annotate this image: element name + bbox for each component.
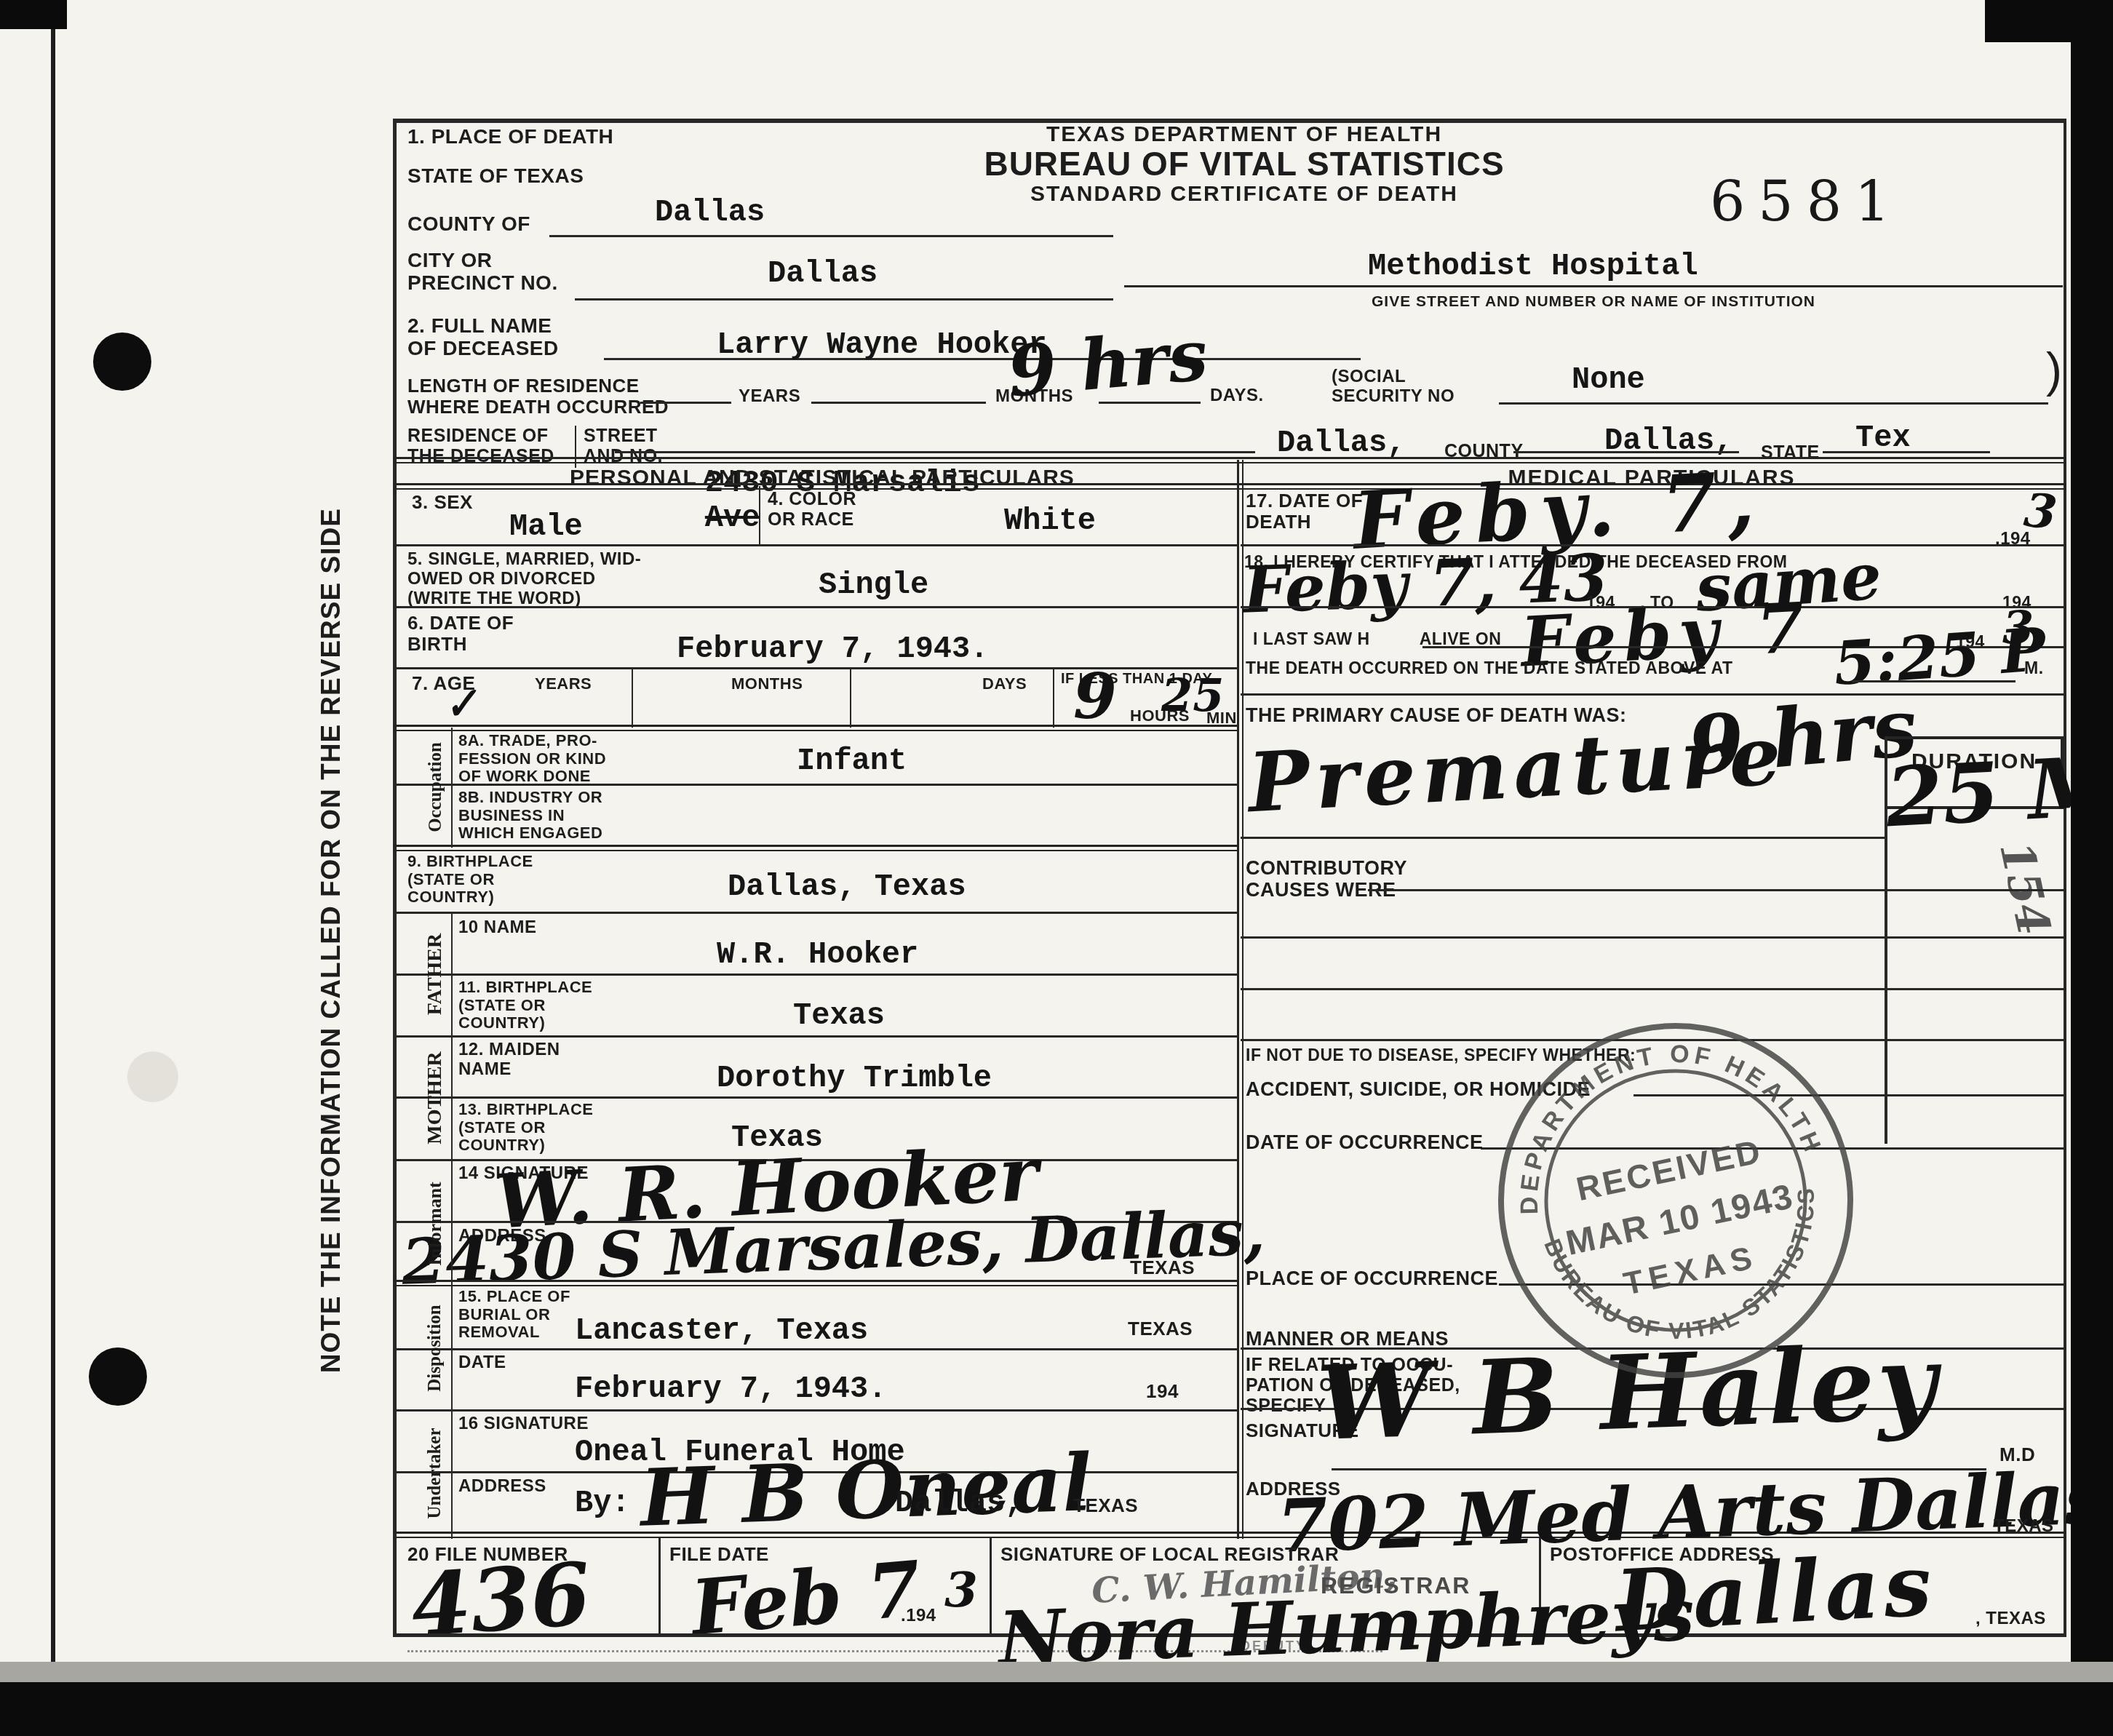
city-value: Dallas: [768, 256, 878, 291]
occurred-m-label: M.: [2024, 659, 2044, 678]
residence-underline-1: [615, 451, 1255, 453]
mother-birthplace-label: 13. BIRTHPLACE (STATE OR COUNTRY): [458, 1101, 593, 1155]
place-occurrence-label: PLACE OF OCCURRENCE: [1246, 1267, 1498, 1289]
row-line-1165: [393, 845, 1239, 851]
occurred-label: THE DEATH OCCURRED ON THE DATE STATED AB…: [1246, 659, 1733, 678]
marital-label: 5. SINGLE, MARRIED, WID- OWED OR DIVORCE…: [407, 550, 641, 609]
burial-label: 15. PLACE OF BURIAL OR REMOVAL: [458, 1288, 570, 1342]
file-date-value: Feb 7: [688, 1550, 923, 1646]
page-edge-line: [51, 20, 55, 1666]
dept-header-line3: STANDARD CERTIFICATE OF DEATH: [859, 182, 1630, 207]
age-years-label: YEARS: [535, 675, 592, 693]
date-of-death-label: 17. DATE OF DEATH: [1246, 490, 1363, 533]
dept-header-line2: BUREAU OF VITAL STATISTICS: [844, 146, 1644, 183]
age-months-label: MONTHS: [731, 675, 803, 693]
ssn-underline: [1499, 402, 2048, 405]
age-divider-1: [632, 667, 633, 728]
row-line-1423: [393, 1035, 1239, 1038]
father-name-label: 10 NAME: [458, 918, 537, 938]
side-label-undertaker: Undertaker: [425, 1409, 445, 1538]
row-line-1000: [393, 725, 1239, 731]
column-divider: [1237, 460, 1243, 1539]
section-header-rule: [393, 483, 2066, 490]
father-name-value: W.R. Hooker: [717, 937, 918, 972]
scan-edge-bottom-blur: [0, 1662, 2113, 1684]
deputy-signature: Nora Humphreys: [998, 1577, 1696, 1674]
county-of-label: COUNTY OF: [407, 212, 530, 235]
med-line-953: [1241, 693, 2065, 696]
color-value: White: [1004, 503, 1096, 538]
postoffice-state: , TEXAS: [1975, 1609, 2046, 1629]
death-certificate-scan: NOTE THE INFORMATION CALLED FOR ON THE R…: [0, 0, 2113, 1736]
birth-date-label: 6. DATE OF BIRTH: [407, 613, 514, 655]
side-label-mother: MOTHER: [423, 1036, 447, 1160]
date-of-death-year-hand: 3: [2022, 487, 2059, 537]
color-label: 4. COLOR OR RACE: [768, 489, 856, 530]
side-strip-line-a: [451, 728, 453, 848]
undertaker-state: TEXAS: [1073, 1495, 1138, 1516]
father-birthplace-value: Texas: [793, 998, 885, 1033]
city-underline: [575, 298, 1113, 300]
dept-header-line1: TEXAS DEPARTMENT OF HEALTH: [859, 122, 1630, 147]
years-label: YEARS: [739, 387, 800, 407]
reverse-side-note: NOTE THE INFORMATION CALLED FOR ON THE R…: [316, 431, 346, 1450]
months-underline: [811, 402, 986, 404]
scan-edge-bottom: [0, 1682, 2113, 1736]
side-label-informant: Informant: [424, 1159, 446, 1289]
birth-date-value: February 7, 1943.: [677, 632, 988, 666]
received-stamp: DEPARTMENT OF HEALTH BUREAU OF VITAL STA…: [1456, 981, 1896, 1421]
row-line-1253: [393, 912, 1239, 914]
city-precinct-label: CITY OR PRECINCT NO.: [407, 249, 558, 295]
side-strip-line-b: [451, 912, 453, 1539]
side-label-father: FATHER: [423, 912, 447, 1036]
age-divider-2: [850, 667, 851, 728]
maiden-name-value: Dorothy Trimble: [717, 1061, 992, 1096]
undertaker-address-label: ADDRESS: [458, 1477, 546, 1497]
street-struck-text: Ave: [705, 501, 760, 535]
med-line-1150: [1241, 837, 1885, 839]
contributory-label: CONTRIBUTORY CAUSES WERE: [1246, 857, 1407, 901]
burial-value: Lancaster, Texas: [575, 1313, 868, 1348]
burial-date-label: DATE: [458, 1353, 506, 1373]
stamp-texas: TEXAS: [1620, 1239, 1761, 1302]
industry-label: 8B. INDUSTRY OR BUSINESS IN WHICH ENGAGE…: [458, 789, 602, 843]
age-checkmark: ✓: [441, 682, 480, 727]
margin-number: 154: [1993, 837, 2057, 939]
fullname-value: Larry Wayne Hooker: [717, 327, 1047, 362]
form-border-left: [393, 119, 397, 1635]
residence-underline-2: [1513, 451, 1739, 453]
burial-date-value: February 7, 1943.: [575, 1371, 886, 1406]
punch-hole-top: [93, 333, 151, 391]
trade-label: 8A. TRADE, PRO- FESSION OR KIND OF WORK …: [458, 732, 606, 786]
row-line-1937: [393, 1409, 1239, 1412]
place-of-death-label: 1. PLACE OF DEATH: [407, 125, 613, 148]
undertaker-by-label: By:: [575, 1486, 630, 1521]
bottom-divider-2: [990, 1537, 992, 1633]
date-occurrence-label: DATE OF OCCURRENCE: [1246, 1131, 1484, 1153]
file-date-year-hand: 3: [944, 1566, 978, 1614]
paper-smudge: [127, 1051, 178, 1102]
duration-column-line: [1885, 736, 1887, 1144]
county-underline: [549, 235, 1113, 237]
age-days-label: DAYS: [982, 675, 1027, 693]
med-line-1358: [1241, 988, 2065, 990]
maiden-name-label: 12. MAIDEN NAME: [458, 1040, 560, 1080]
row-line-1077: [393, 784, 1239, 786]
county-value: Dallas: [655, 195, 765, 230]
days-label: DAYS.: [1210, 386, 1264, 406]
bottom-divider-1: [658, 1537, 661, 1633]
age-divider-3: [1053, 667, 1054, 728]
birthplace-label: 9. BIRTHPLACE (STATE OR COUNTRY): [407, 853, 533, 907]
ssn-label: (SOCIAL SECURITY NO: [1332, 367, 1455, 407]
row-line-1763: [393, 1280, 1239, 1286]
marital-value: Single: [819, 568, 928, 602]
institution-caption: GIVE STREET AND NUMBER OR NAME OF INSTIT…: [1124, 293, 2063, 311]
file-date-year: .194: [901, 1606, 936, 1626]
residence-underline-3: [1823, 451, 1990, 453]
row-line-1853: [393, 1348, 1239, 1350]
row-line-833: [393, 606, 1239, 608]
scan-edge-right: [2071, 0, 2113, 1736]
fullname-label: 2. FULL NAME OF DECEASED: [407, 314, 559, 360]
residence-length-label: LENGTH OF RESIDENCE WHERE DEATH OCCURRED: [407, 375, 669, 418]
punch-hole-bottom: [89, 1347, 147, 1406]
occurred-underline: [1852, 680, 2015, 682]
physician-address-state: TEXAS: [1994, 1517, 2054, 1537]
sex-label: 3. SEX: [412, 492, 473, 513]
informant-address-state: TEXAS: [1130, 1257, 1195, 1278]
contributory-underline: [1368, 889, 2065, 891]
undertaker-city-value: Dallas,: [895, 1486, 1023, 1521]
scan-edge-top-left: [0, 0, 67, 29]
side-label-disposition: Disposition: [425, 1287, 445, 1409]
age-hours-value: 9: [1073, 666, 1117, 728]
sex-value: Male: [509, 509, 583, 544]
years-underline: [640, 402, 731, 404]
row-line-1507: [393, 1096, 1239, 1099]
certificate-number: 6581: [1710, 169, 1903, 234]
undertaker-signature-label: 16 SIGNATURE: [458, 1414, 589, 1434]
residence-length-value: 9 hrs: [1005, 320, 1210, 407]
institution-value: Methodist Hospital: [1368, 249, 1698, 284]
ssn-value: None: [1572, 362, 1645, 397]
residence-state-value: Tex: [1855, 421, 1911, 455]
undertaker-sig-script: H B Oneal: [639, 1444, 1093, 1538]
sex-color-divider: [759, 486, 760, 544]
top-section-rule: [393, 457, 2066, 463]
state-of-texas-label: STATE OF TEXAS: [407, 164, 584, 187]
birthplace-value: Dallas, Texas: [728, 869, 966, 904]
institution-underline: [1124, 285, 2063, 287]
med-line-748: [1241, 544, 2065, 546]
med-line-1287: [1241, 936, 2065, 939]
ssn-close-paren: ): [2046, 343, 2062, 397]
row-line-1338: [393, 973, 1239, 976]
occurred-time-value: 5:25 P: [1831, 620, 2048, 694]
trade-value: Infant: [797, 744, 907, 779]
residence-city-value: Dallas,: [1277, 426, 1405, 461]
side-label-occupation: Occupation: [426, 728, 446, 848]
row-line-748: [393, 544, 1239, 546]
father-birthplace-label: 11. BIRTHPLACE (STATE OR COUNTRY): [458, 979, 592, 1032]
burial-date-year: 194: [1146, 1381, 1179, 1402]
burial-state: TEXAS: [1128, 1318, 1193, 1339]
